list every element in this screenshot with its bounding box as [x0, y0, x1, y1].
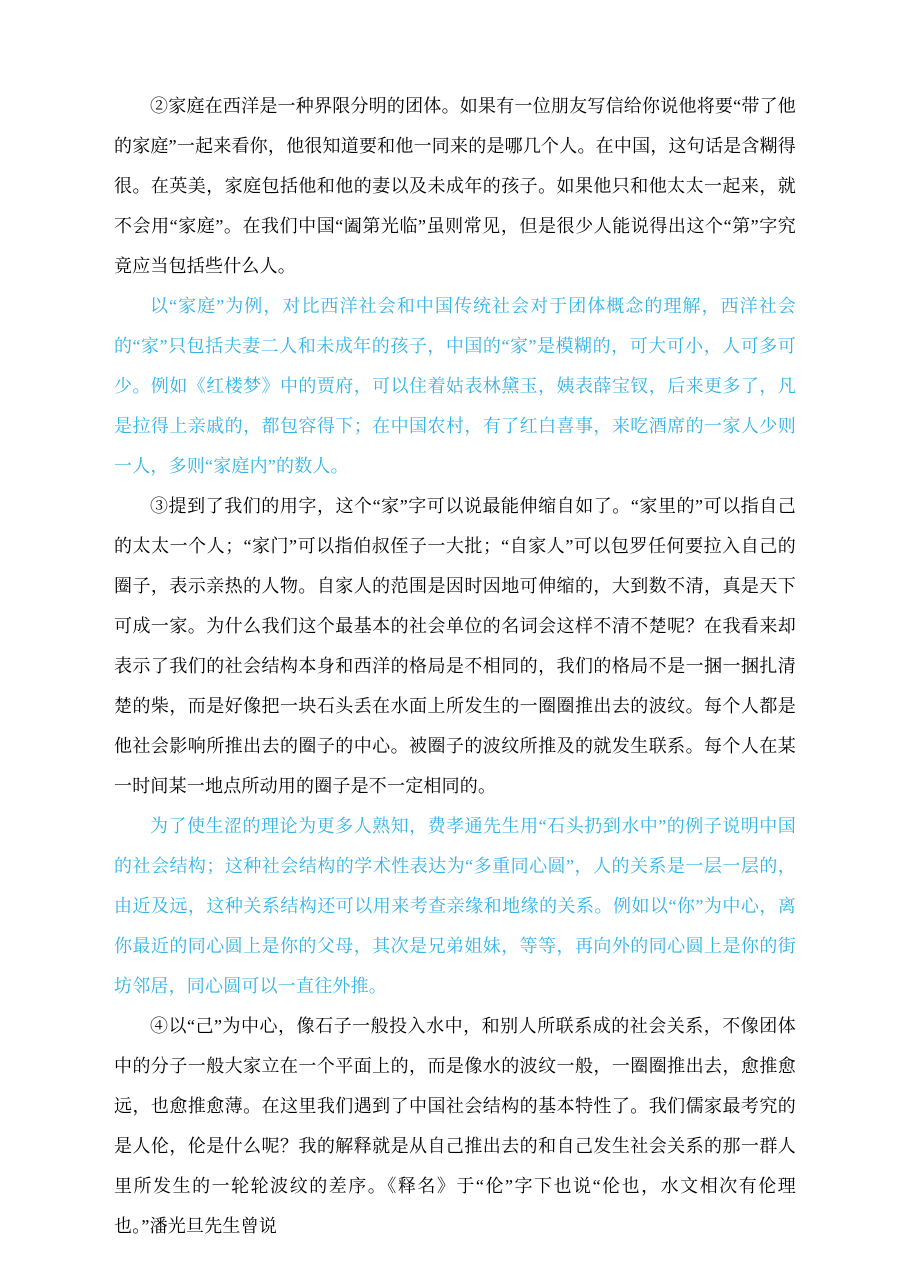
body-paragraph: ④以“己”为中心，像石子一般投入水中，和别人所联系成的社会关系，不像团体中的分子…	[114, 1006, 796, 1246]
annotation-paragraph: 以“家庭”为例，对比西洋社会和中国传统社会对于团体概念的理解，西洋社会的“家”只…	[114, 286, 796, 486]
body-paragraph: ③提到了我们的用字，这个“家”字可以说最能伸缩自如了。“家里的”可以指自己的太太…	[114, 486, 796, 806]
annotation-paragraph: 为了使生涩的理论为更多人熟知，费孝通先生用“石头扔到水中”的例子说明中国的社会结…	[114, 806, 796, 1006]
body-paragraph: ②家庭在西洋是一种界限分明的团体。如果有一位朋友写信给你说他将要“带了他的家庭”…	[114, 86, 796, 286]
document-page: ②家庭在西洋是一种界限分明的团体。如果有一位朋友写信给你说他将要“带了他的家庭”…	[0, 0, 904, 1280]
document-content: ②家庭在西洋是一种界限分明的团体。如果有一位朋友写信给你说他将要“带了他的家庭”…	[114, 86, 796, 1246]
